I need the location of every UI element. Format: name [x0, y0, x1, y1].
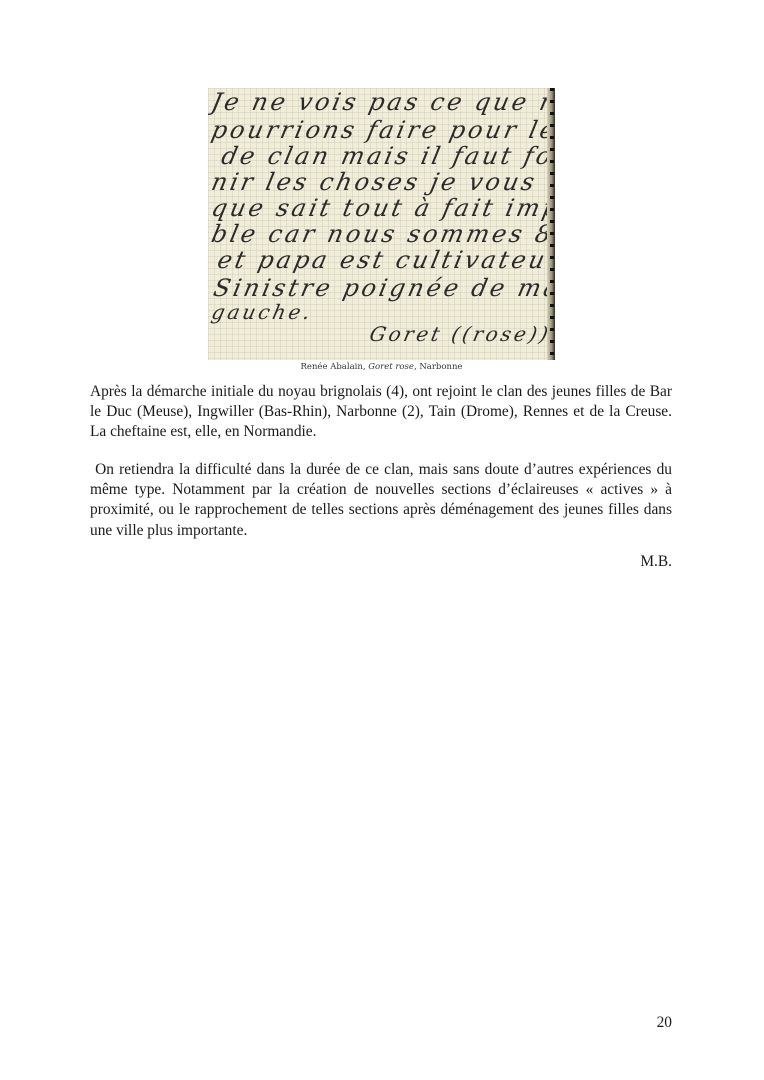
handwriting-line: ble car nous sommes 8 enfants [209, 222, 555, 246]
handwriting-line: et papa est cultivateur. [215, 248, 555, 272]
handwriting-line: nir les choses je vous dirai [209, 170, 555, 194]
page-number: 20 [657, 1014, 672, 1032]
handwriting-line: gauche. [210, 302, 315, 322]
paragraph-1: Après la démarche initiale du noyau brig… [90, 382, 672, 443]
caption-author: Renée Abalain, [301, 362, 369, 372]
handwriting-line: Sinistre poignée de main [211, 276, 555, 300]
handwriting-line: de clan mais il faut four- [219, 144, 555, 168]
handwriting-line: Je ne vois pas ce que nous [209, 90, 555, 114]
handwritten-signature: Goret ((rose)) [368, 324, 553, 344]
author-initials: M.B. [640, 553, 672, 571]
notebook-perforated-edge [547, 88, 555, 360]
figure-caption: Renée Abalain, Goret rose, Narbonne [208, 362, 555, 372]
caption-place: , Narbonne [414, 362, 463, 372]
handwritten-letter-image: Je ne vois pas ce que nous pourrions fai… [208, 88, 555, 360]
paragraph-2: On retiendra la difficulté dans la durée… [90, 460, 672, 541]
handwriting-line: que sait tout à fait impossi- [209, 196, 555, 220]
handwriting-line: pourrions faire pour le métier [209, 118, 555, 142]
caption-title: Goret rose [368, 362, 414, 372]
